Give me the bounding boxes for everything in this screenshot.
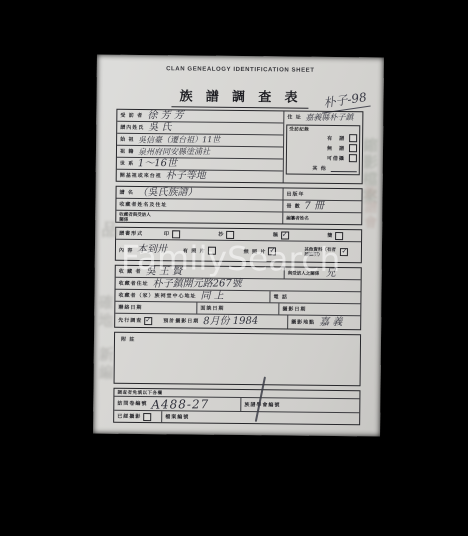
field-label: 電 話 [270, 293, 287, 300]
form-title: 族 譜 調 查 表 [171, 85, 308, 108]
checkbox-label: 稿 [270, 231, 279, 238]
checkbox-item: 其他資料（有者請註明） ✓ [301, 247, 348, 257]
photographed-row: 已經攝影 檔案編號 [114, 410, 359, 425]
field-label: 訪問卷編號 [114, 400, 147, 407]
checkbox [349, 154, 357, 162]
field-label: 譜內姓氏 [117, 124, 144, 131]
field-row: 冊 數 7 冊 [283, 199, 361, 212]
field-label: 檔案編號 [162, 413, 189, 420]
field-row: 世 系 1～16世 [117, 157, 283, 171]
questionnaire-row: 訪問卷編號 A488-27 族譜學會編號 [114, 396, 359, 413]
field-label: 聯絡日期 [115, 304, 142, 311]
field-label: 世 系 [117, 160, 134, 167]
field-label: 收藏者住址 [116, 280, 149, 287]
field-label: 收 藏 者 [116, 268, 142, 275]
field-label: 族譜學會編號 [241, 401, 280, 408]
checkbox-label: 其他資料（有者請註明） [301, 247, 338, 257]
field-label: 開基祖或來台祖 [117, 172, 162, 179]
scanned-document-page: CLAN GENEALOGY IDENTIFICATION SHEET 族 譜 … [93, 55, 384, 437]
handwritten-value: 1～16世 [138, 159, 177, 169]
checkbox-item: 簡 [324, 231, 343, 239]
field-row: 出版年 [283, 188, 361, 200]
checkbox-label: 抄 [215, 231, 224, 238]
checkbox-row: 有 譜 [289, 133, 357, 144]
book-format-box: 譜書形式 印 抄 稿 ✓ 簡 [115, 227, 362, 264]
blank-line [331, 164, 357, 172]
genealogy-title-box: 譜 名 （吳氏族譜） 收藏者姓名及住址 收藏者與受訪人關係 出版年 冊 數 [115, 186, 362, 226]
screen: { "document": { "eng_header": "CLAN GENE… [0, 0, 468, 536]
checkbox [335, 232, 343, 240]
field-label: 住 址 [284, 113, 301, 120]
checkbox: ✓ [340, 248, 348, 256]
checkbox-item: 稿 ✓ [270, 231, 289, 239]
checkbox-item: 印 [161, 230, 180, 238]
other-row: 其 他 [289, 163, 357, 174]
checkbox-label: 簡 [324, 232, 333, 239]
field-label: 內 容 [116, 246, 133, 253]
checkbox-label: 無 譜 [327, 144, 345, 151]
address-row: 住 址 嘉義縣朴子鎮 [284, 111, 362, 123]
handwritten-value: 兄 [326, 268, 336, 278]
checkbox: ✓ [268, 247, 276, 255]
field-label: 已經攝影 [114, 413, 141, 420]
checkbox-label: 有 照 片 [180, 247, 206, 254]
field-label: 編纂者姓名 [283, 215, 320, 220]
schedule-row: 先行調查 ✓ 預計攝影日期 8月份 1984 攝影地點 嘉 義 [115, 313, 360, 330]
content-row: 內 容 本到卅 有 照 片 無 照 片 ✓ 其他資料（有者請註明） ✓ [116, 239, 361, 263]
handwritten-value: （吳氏族譜） [138, 188, 198, 198]
address-and-record-column: 住 址 嘉義縣朴子鎮 受訪紀錄 有 譜 無 譜 可借攝 [283, 111, 363, 183]
checkbox-item: 有 照 片 [180, 246, 216, 254]
genealogy-left-fields: 譜 名 （吳氏族譜） 收藏者姓名及住址 收藏者與受訪人關係 [116, 187, 282, 224]
office-use-box: 調查者免填以下各欄 訪問卷編號 A488-27 族譜學會編號 已經攝影 檔案編號 [113, 388, 360, 426]
handwritten-value: 嘉義縣朴子鎮 [306, 112, 354, 122]
english-header: CLAN GENEALOGY IDENTIFICATION SHEET [97, 66, 384, 75]
interviewee-fields: 受 訪 者 徐 芳 芳 譜內姓氏 吳 氏 始 祖 吳信臺（遷台祖）11世 祖 籍… [117, 110, 284, 183]
handwritten-value: 朴子鎮開元路267號 [153, 279, 242, 290]
field-label: 祖 籍 [117, 148, 134, 155]
checkbox: ✓ [281, 231, 289, 239]
handwritten-value: 徐 芳 芳 [147, 111, 183, 121]
location-cell: 攝影地點 嘉 義 [287, 316, 360, 330]
checkbox-label: 無 照 片 [241, 248, 267, 255]
handwritten-value: A488-27 [151, 399, 209, 409]
field-label: 始 祖 [117, 136, 134, 143]
photo-checks: 有 照 片 無 照 片 ✓ 其他資料（有者請註明） ✓ [167, 245, 361, 257]
field-row: 開基祖或來台祖 朴子等地 [117, 169, 283, 183]
checkbox [143, 413, 151, 421]
checkbox [349, 144, 357, 152]
date-cell: 攝影日期 [278, 303, 360, 315]
field-row: 編纂者姓名 [283, 211, 361, 224]
field-label: 收藏者（家）族祠堂中心地址 [115, 292, 196, 300]
handwritten-value: 吳 氏 [148, 123, 171, 133]
handwritten-note: 本到卅 [137, 245, 167, 255]
date-cell: 面談日期 [196, 303, 278, 315]
field-label: 譜書形式 [116, 230, 143, 237]
handwritten-value: 朴子等地 [166, 171, 206, 181]
handwritten-value: 吳 王 賢 [145, 267, 181, 277]
field-row: 譜 名 （吳氏族譜） [116, 187, 282, 200]
checkbox [226, 230, 234, 238]
checkbox-label: 可借攝 [327, 154, 345, 161]
relation-cell: 與受訪人之關係 兄 [284, 267, 361, 279]
field-label: 與受訪人之關係 [285, 270, 322, 275]
field-label: 攝影地點 [288, 319, 315, 326]
field-row: 收藏者與受訪人關係 [116, 210, 282, 224]
phone-cell: 電 話 [269, 291, 360, 303]
field-label: 附 註 [118, 336, 135, 343]
field-label: 調查者免填以下各欄 [114, 389, 162, 396]
field-label: 先行調查 [115, 317, 142, 324]
checkbox-item: 無 照 片 ✓ [241, 247, 277, 255]
field-label: 受 訪 者 [117, 112, 143, 119]
handwritten-value: 嘉 義 [319, 317, 342, 327]
checkbox: ✓ [144, 317, 152, 325]
field-label: 譜 名 [117, 189, 134, 196]
holder-box: 收 藏 者 吳 王 賢 與受訪人之關係 兄 收藏者住址 朴子鎮開元路267號 收… [114, 265, 362, 331]
field-label: 冊 數 [283, 202, 300, 209]
genealogy-right-fields: 出版年 冊 數 7 冊 編纂者姓名 [282, 188, 361, 224]
format-checks: 印 抄 稿 ✓ 簡 [143, 230, 361, 240]
handwritten-value: 8月份 1984 [203, 316, 258, 326]
field-label: 攝影日期 [279, 305, 306, 312]
checkbox [208, 247, 216, 255]
checkbox [172, 230, 180, 238]
handwritten-value: 同 上 [200, 291, 223, 301]
notes-box: 附 註 [114, 332, 362, 387]
checkbox-label: 有 譜 [327, 134, 345, 141]
checkbox [349, 134, 357, 142]
field-row: 始 祖 吳信臺（遷台祖）11世 [117, 133, 283, 147]
handwritten-value: 7 冊 [305, 201, 325, 211]
field-label: 預計攝影日期 [160, 317, 199, 324]
date-cell: 聯絡日期 [115, 302, 196, 314]
checkbox-label: 印 [161, 230, 170, 237]
visit-record-box: 受訪紀錄 有 譜 無 譜 可借攝 其 他 [286, 124, 361, 175]
checkbox-row: 可借攝 [289, 153, 357, 164]
checkbox-label: 其 他 [312, 164, 326, 171]
form-body: 受 訪 者 徐 芳 芳 譜內姓氏 吳 氏 始 祖 吳信臺（遷台祖）11世 祖 籍… [113, 109, 363, 430]
handwritten-value: 吳信臺（遷台祖）11世 [138, 135, 220, 146]
checkbox-item: 抄 [215, 230, 234, 238]
checkbox-row: 無 譜 [289, 143, 357, 154]
interviewee-box: 受 訪 者 徐 芳 芳 譜內姓氏 吳 氏 始 祖 吳信臺（遷台祖）11世 祖 籍… [116, 109, 364, 185]
field-row: 祖 籍 泉州府同安縣塗浦社 [117, 145, 283, 159]
file-number-cell: 檔案編號 [161, 411, 359, 424]
field-label: 收藏者姓名及住址 [116, 201, 167, 209]
field-label: 出版年 [284, 190, 305, 197]
handwritten-value: 泉州府同安縣塗浦社 [138, 147, 210, 158]
field-label: 收藏者與受訪人關係 [116, 211, 153, 221]
field-label: 面談日期 [197, 305, 224, 312]
